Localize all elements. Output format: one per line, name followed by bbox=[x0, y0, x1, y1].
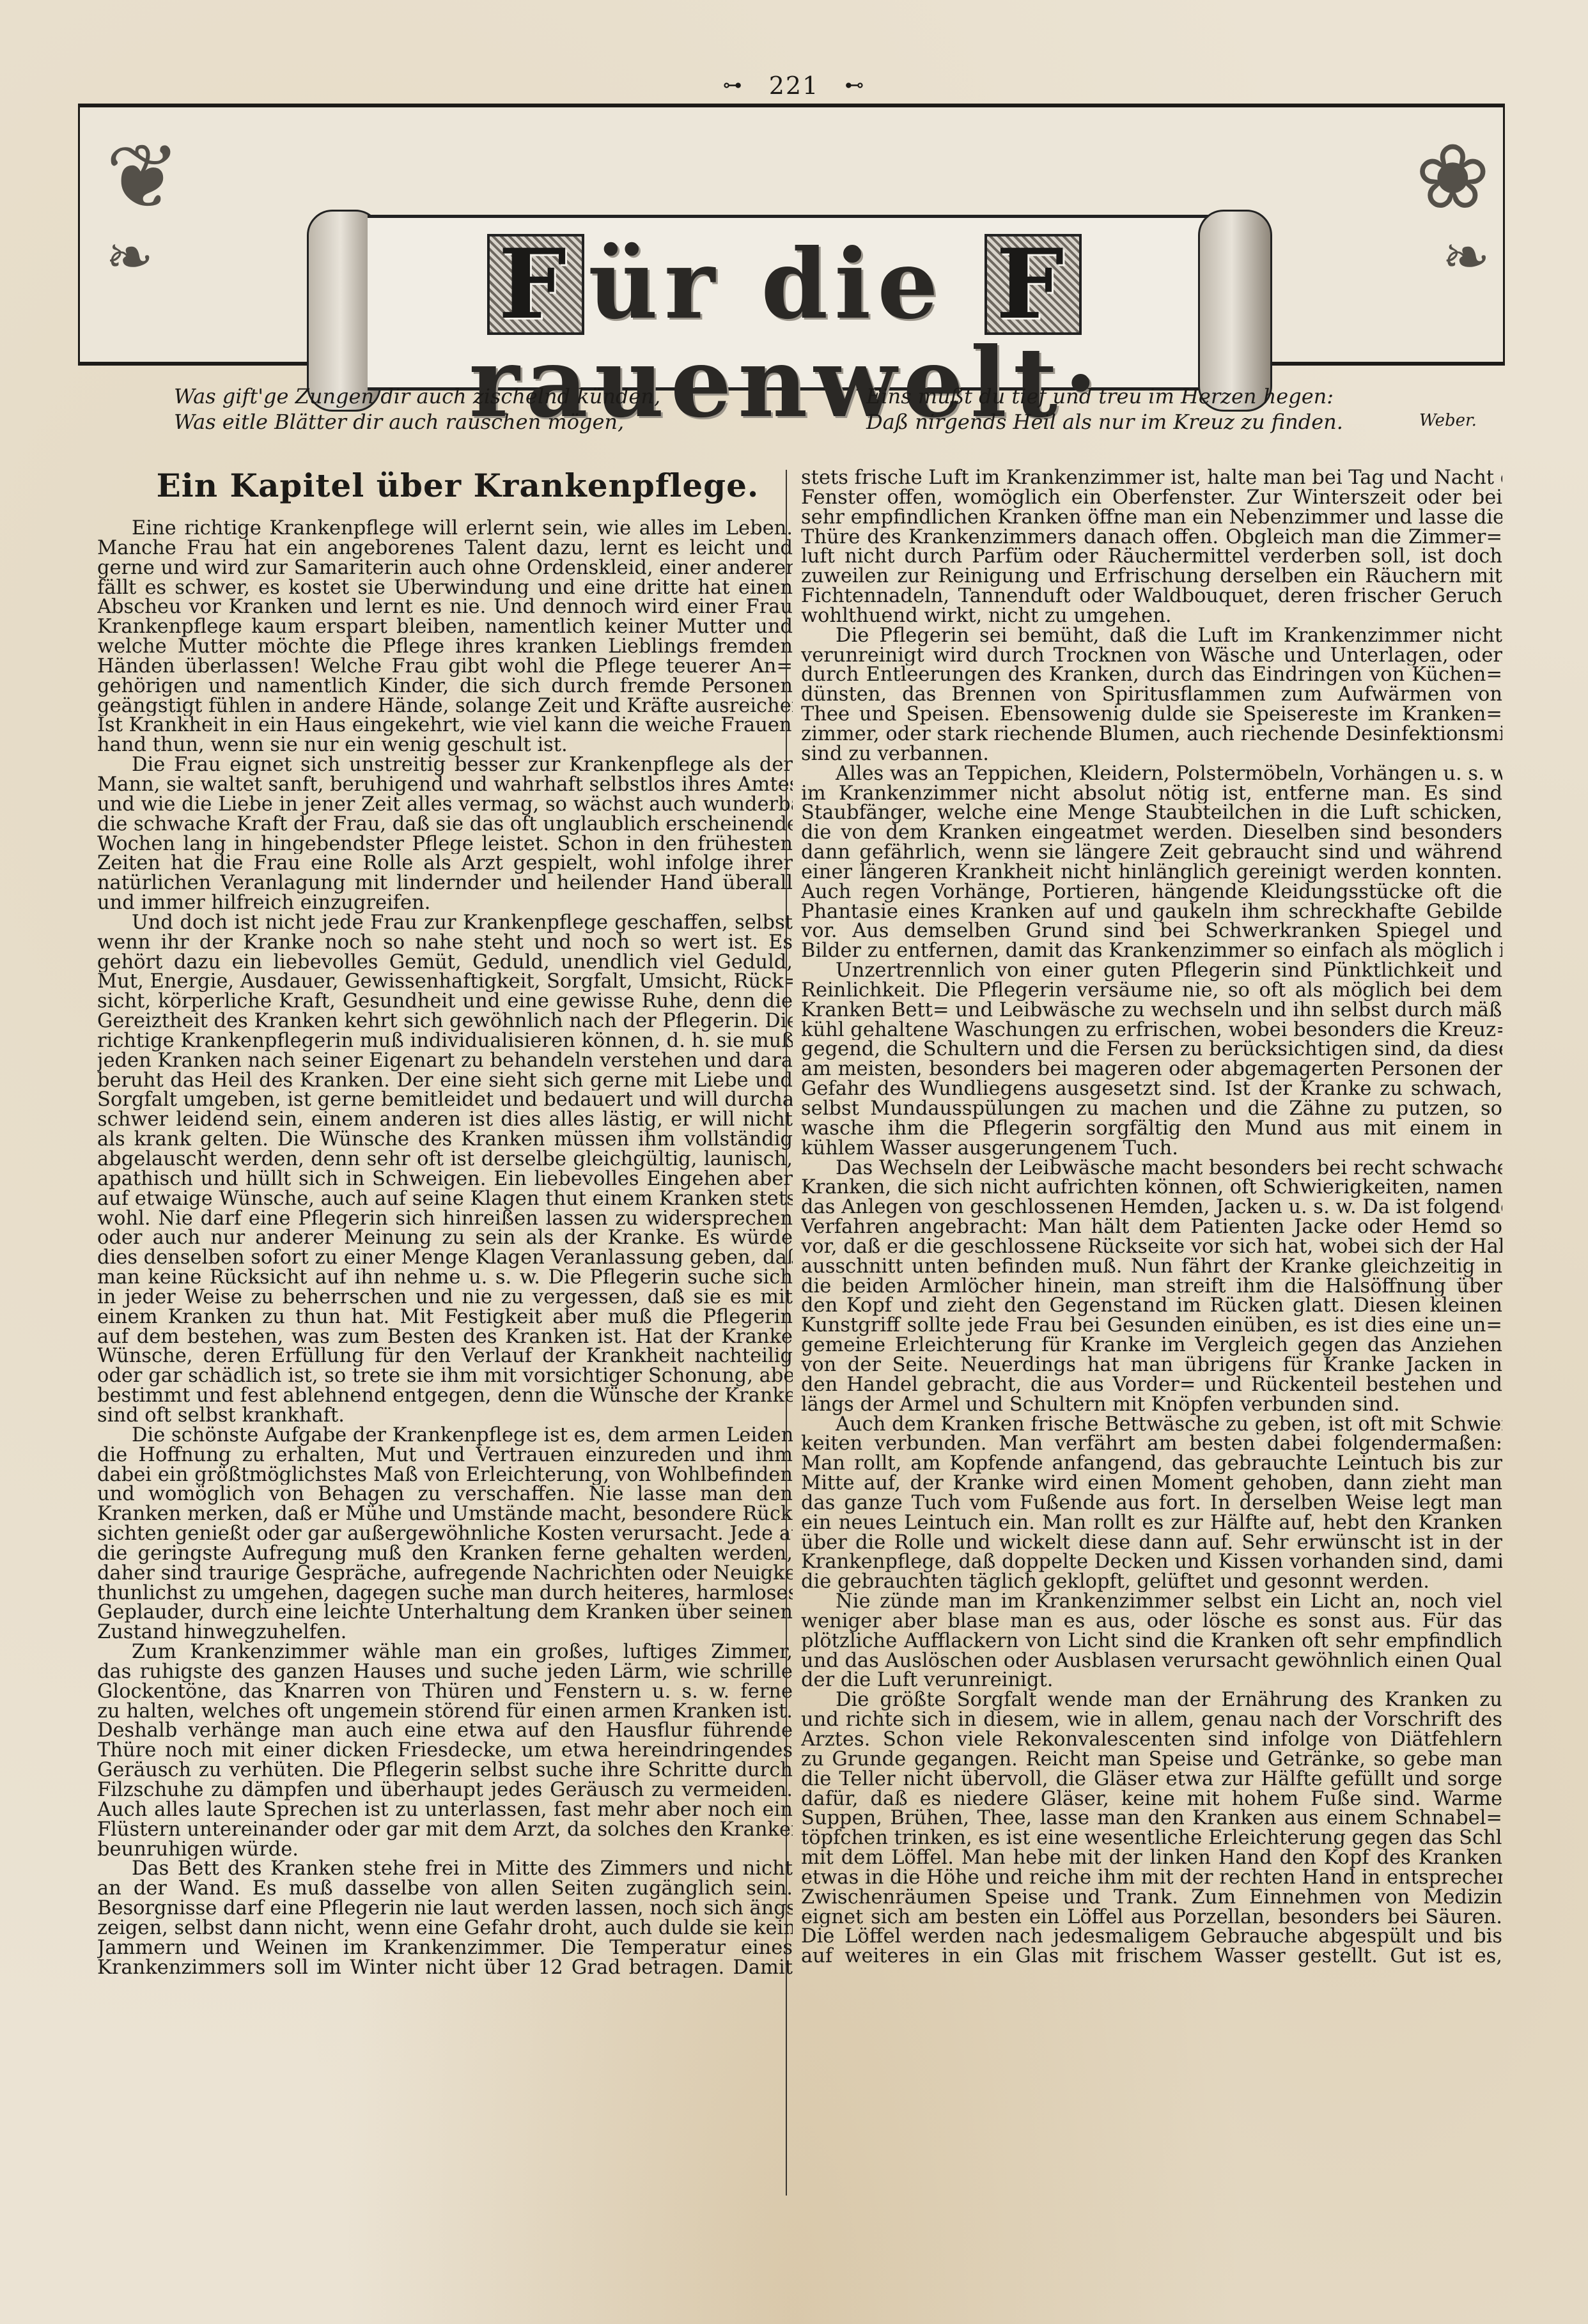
text-line: sehr empfindlichen Kranken öffne man ein… bbox=[801, 508, 1502, 528]
text-line: wenn ihr der Kranke noch so nahe steht u… bbox=[97, 933, 793, 953]
text-line: gehört dazu ein liebevolles Gemüt, Gedul… bbox=[97, 953, 793, 973]
text-line: Zwischenräumen Speise und Trank. Zum Ein… bbox=[801, 1888, 1502, 1908]
section-banner: ❦ ❧ Für die Frauenwelt· ❀ ❧ bbox=[78, 104, 1505, 366]
text-line: die gebrauchten täglich geklopft, gelüft… bbox=[801, 1572, 1502, 1592]
text-line: selbst Mundausspülungen zu machen und di… bbox=[801, 1099, 1502, 1119]
motto-right: Eins mußt du tief und treu im Herzen heg… bbox=[866, 383, 1343, 435]
title-initial: F bbox=[487, 234, 585, 335]
text-line: apathisch und hüllt sich in Schweigen. E… bbox=[97, 1170, 793, 1189]
text-line: und wie die Liebe in jener Zeit alles ve… bbox=[97, 795, 793, 815]
motto-line: Eins mußt du tief und treu im Herzen heg… bbox=[866, 383, 1343, 409]
text-line: beruht das Heil des Kranken. Der eine si… bbox=[97, 1071, 793, 1091]
ornament-right-icon: ⊷ bbox=[845, 74, 865, 97]
text-line: den Handel gebracht, die aus Vorder= und… bbox=[801, 1375, 1502, 1395]
text-line: einem Kranken zu thun hat. Mit Festigkei… bbox=[97, 1308, 793, 1328]
text-line: keiten verbunden. Man verfährt am besten… bbox=[801, 1434, 1502, 1454]
text-line: einer längeren Krankheit nicht hinlängli… bbox=[801, 863, 1502, 883]
text-line: Staubfänger, welche eine Menge Staubteil… bbox=[801, 803, 1502, 823]
text-line: bestimmt und fest ablehnend entgegen, de… bbox=[97, 1386, 793, 1406]
text-line: Zeiten hat die Frau eine Rolle als Arzt … bbox=[97, 854, 793, 874]
text-line: Kunstgriff sollte jede Frau bei Gesunden… bbox=[801, 1316, 1502, 1336]
motto-author: Weber. bbox=[1419, 411, 1477, 430]
text-line: Auch regen Vorhänge, Portieren, hängende… bbox=[801, 883, 1502, 902]
paragraph: Die Frau eignet sich unstreitig besser z… bbox=[97, 755, 793, 913]
paragraph: Die schönste Aufgabe der Krankenpflege i… bbox=[97, 1426, 793, 1643]
text-line: Die schönste Aufgabe der Krankenpflege i… bbox=[97, 1426, 793, 1446]
text-line: Deshalb verhänge man auch eine etwa auf … bbox=[97, 1721, 793, 1741]
text-line: wasche ihm die Pflegerin sorgfältig den … bbox=[801, 1119, 1502, 1139]
motto-line: Was eitle Blätter dir auch rauschen möge… bbox=[174, 409, 660, 435]
text-line: Eine richtige Krankenpflege will erlernt… bbox=[97, 519, 793, 539]
text-line: Zum Krankenzimmer wähle man ein großes, … bbox=[97, 1643, 793, 1662]
text-line: natürlichen Veranlagung mit lindernder u… bbox=[97, 874, 793, 894]
paragraph: Das Bett des Kranken stehe frei in Mitte… bbox=[97, 1859, 793, 1978]
text-line: Thüre des Krankenzimmers danach offen. O… bbox=[801, 528, 1502, 548]
text-line: an der Wand. Es muß dasselbe von allen S… bbox=[97, 1879, 793, 1899]
text-line: gehörigen und namentlich Kinder, die sic… bbox=[97, 677, 793, 697]
text-line: Das Wechseln der Leibwäsche macht besond… bbox=[801, 1159, 1502, 1179]
text-line: schwer leidend sein, einem anderen ist d… bbox=[97, 1110, 793, 1130]
text-line: die Teller nicht übervoll, die Gläser et… bbox=[801, 1770, 1502, 1790]
text-line: Thüre noch mit einer dicken Friesdecke, … bbox=[97, 1741, 793, 1761]
text-line: sichten genießt oder gar außergewöhnlich… bbox=[97, 1524, 793, 1544]
text-line: Gereiztheit des Kranken kehrt sich gewöh… bbox=[97, 1012, 793, 1032]
title-initial: F bbox=[985, 234, 1082, 335]
text-line: Man rollt, am Kopfende anfangend, das ge… bbox=[801, 1454, 1502, 1474]
text-line: zu halten, welches oft ungemein störend … bbox=[97, 1702, 793, 1722]
text-line: auf weiteres in ein Glas mit frischem Wa… bbox=[801, 1947, 1502, 1967]
text-line: Flüstern untereinander oder gar mit dem … bbox=[97, 1820, 793, 1840]
text-line: durch Entleerungen des Kranken, durch da… bbox=[801, 665, 1502, 685]
text-line: Die Frau eignet sich unstreitig besser z… bbox=[97, 755, 793, 775]
text-line: geängstigt fühlen in andere Hände, solan… bbox=[97, 697, 793, 717]
text-line: thunlichst zu umgehen, dagegen suche man… bbox=[97, 1584, 793, 1604]
leaf-icon: ❧ bbox=[105, 229, 297, 286]
paragraph: Die Pflegerin sei bemüht, daß die Luft i… bbox=[801, 626, 1502, 764]
text-line: Auch dem Kranken frische Bettwäsche zu g… bbox=[801, 1415, 1502, 1435]
text-line: Händen überlassen! Welche Frau gibt wohl… bbox=[97, 657, 793, 677]
text-line: sind zu verbannen. bbox=[801, 745, 1502, 764]
text-line: verunreinigt wird durch Trocknen von Wäs… bbox=[801, 646, 1502, 666]
text-line: ausschnitt unten befinden muß. Nun fährt… bbox=[801, 1257, 1502, 1277]
text-line: Jammern und Weinen im Krankenzimmer. Die… bbox=[97, 1939, 793, 1958]
rose-flourish-left-icon: ❦ ❧ bbox=[105, 133, 297, 344]
text-line: wohl. Nie darf eine Pflegerin sich hinre… bbox=[97, 1209, 793, 1229]
text-line: Geplauder, durch eine leichte Unterhaltu… bbox=[97, 1603, 793, 1623]
scroll-ribbon: Für die Frauenwelt· bbox=[294, 203, 1279, 414]
motto-line: Was gift'ge Zungen dir auch zischelnd kü… bbox=[174, 383, 660, 409]
text-line: stets frische Luft im Krankenzimmer ist,… bbox=[801, 469, 1502, 488]
text-line: zu Grunde gegangen. Reicht man Speise un… bbox=[801, 1750, 1502, 1770]
article-body-left: Eine richtige Krankenpflege will erlernt… bbox=[97, 519, 793, 1978]
text-line: Krankenpflege, daß doppelte Decken und K… bbox=[801, 1553, 1502, 1572]
text-line: richtige Krankenpflegerin muß individual… bbox=[97, 1032, 793, 1051]
text-line: von der Seite. Neuerdings hat man übrige… bbox=[801, 1356, 1502, 1375]
text-line: und das Auslöschen oder Ausblasen verurs… bbox=[801, 1652, 1502, 1671]
text-line: etwas in die Höhe und reiche ihm mit der… bbox=[801, 1868, 1502, 1888]
text-line: Mann, sie waltet sanft, beruhigend und w… bbox=[97, 775, 793, 795]
text-line: Die größte Sorgfalt wende man der Ernähr… bbox=[801, 1691, 1502, 1710]
ornament-left-icon: ⊶ bbox=[723, 74, 743, 97]
text-line: mit dem Löffel. Man hebe mit der linken … bbox=[801, 1848, 1502, 1868]
text-line: Krankenpflege kaum erspart bleiben, name… bbox=[97, 617, 793, 637]
text-line: kühl gehaltene Waschungen zu erfrischen,… bbox=[801, 1021, 1502, 1041]
text-line: das ruhigste des ganzen Hauses und suche… bbox=[97, 1662, 793, 1682]
text-line: gegend, die Schultern und die Fersen zu … bbox=[801, 1040, 1502, 1060]
text-line: und womöglich von Behagen zu verschaffen… bbox=[97, 1485, 793, 1505]
text-line: zimmer, oder stark riechende Blumen, auc… bbox=[801, 725, 1502, 745]
text-line: Unzertrennlich von einer guten Pflegerin… bbox=[801, 961, 1502, 981]
text-line: beunruhigen würde. bbox=[97, 1840, 793, 1860]
article-column-right: stets frische Luft im Krankenzimmer ist,… bbox=[801, 469, 1502, 1967]
page-number-value: 221 bbox=[769, 72, 820, 100]
article-body-right: stets frische Luft im Krankenzimmer ist,… bbox=[801, 469, 1502, 1967]
text-line: daher sind traurige Gespräche, aufregend… bbox=[97, 1564, 793, 1584]
text-line: hand thun, wenn sie nur ein wenig geschu… bbox=[97, 736, 793, 755]
text-line: Auch alles laute Sprechen ist zu unterla… bbox=[97, 1801, 793, 1820]
text-line: Verfahren angebracht: Man hält dem Patie… bbox=[801, 1218, 1502, 1237]
paragraph: Unzertrennlich von einer guten Pflegerin… bbox=[801, 961, 1502, 1158]
text-line: wohlthuend wirkt, nicht zu umgehen. bbox=[801, 607, 1502, 626]
text-line: Reinlichkeit. Die Pflegerin versäume nie… bbox=[801, 981, 1502, 1001]
text-line: abgelauscht werden, denn sehr oft ist de… bbox=[97, 1150, 793, 1170]
text-line: Und doch ist nicht jede Frau zur Kranken… bbox=[97, 913, 793, 933]
paragraph: Auch dem Kranken frische Bettwäsche zu g… bbox=[801, 1415, 1502, 1593]
text-line: weniger aber blase man es aus, oder lösc… bbox=[801, 1612, 1502, 1632]
text-line: Zustand hinwegzuhelfen. bbox=[97, 1623, 793, 1643]
paragraph: stets frische Luft im Krankenzimmer ist,… bbox=[801, 469, 1502, 626]
text-line: ein neues Leintuch ein. Man rollt es zur… bbox=[801, 1514, 1502, 1533]
text-line: dann gefährlich, wenn sie längere Zeit g… bbox=[801, 843, 1502, 863]
text-line: Kranken merken, daß er Mühe und Umstände… bbox=[97, 1505, 793, 1524]
paragraph: Zum Krankenzimmer wähle man ein großes, … bbox=[97, 1643, 793, 1859]
text-line: Suppen, Brühen, Thee, lasse man den Kran… bbox=[801, 1809, 1502, 1829]
text-line: Filzschuhe zu dämpfen und überhaupt jede… bbox=[97, 1781, 793, 1801]
text-line: welche Mutter möchte die Pflege ihres kr… bbox=[97, 637, 793, 657]
text-line: Nie zünde man im Krankenzimmer selbst ei… bbox=[801, 1592, 1502, 1612]
text-line: Die Pflegerin sei bemüht, daß die Luft i… bbox=[801, 626, 1502, 646]
text-line: das ganze Tuch vom Fußende aus fort. In … bbox=[801, 1494, 1502, 1514]
text-line: längs der Ärmel und Schultern mit Knöpfe… bbox=[801, 1395, 1502, 1415]
text-line: Die Löffel werden nach jedesmaligem Gebr… bbox=[801, 1927, 1502, 1947]
text-line: Sorgfalt umgeben, ist gerne bemitleidet … bbox=[97, 1090, 793, 1110]
text-line: den Kopf und zieht den Gegenstand im Rüc… bbox=[801, 1296, 1502, 1316]
paragraph: Das Wechseln der Leibwäsche macht besond… bbox=[801, 1159, 1502, 1415]
text-line: dafür, daß es niedere Gläser, keine mit … bbox=[801, 1790, 1502, 1809]
text-line: die von dem Kranken eingeatmet werden. D… bbox=[801, 823, 1502, 843]
text-line: Alles was an Teppichen, Kleidern, Polste… bbox=[801, 764, 1502, 784]
text-line: und immer hilfreich einzugreifen. bbox=[97, 894, 793, 913]
text-line: auf dem bestehen, was zum Besten des Kra… bbox=[97, 1328, 793, 1347]
text-line: zuweilen zur Reinigung und Erfrischung d… bbox=[801, 567, 1502, 587]
text-line: töpfchen trinken, es ist eine wesentlich… bbox=[801, 1829, 1502, 1848]
text-line: Phantasie eines Kranken auf und gaukeln … bbox=[801, 902, 1502, 922]
text-line: am meisten, besonders bei mageren oder a… bbox=[801, 1060, 1502, 1080]
text-line: eignet sich am besten ein Löffel aus Por… bbox=[801, 1908, 1502, 1928]
text-line: gerne und wird zur Samariterin auch ohne… bbox=[97, 559, 793, 578]
text-line: Arztes. Schon viele Rekonvalescenten sin… bbox=[801, 1730, 1502, 1750]
text-line: Gefahr des Wundliegens ausgesetzt sind. … bbox=[801, 1080, 1502, 1099]
text-line: die Hoffnung zu erhalten, Mut und Vertra… bbox=[97, 1446, 793, 1466]
text-line: der die Luft verunreinigt. bbox=[801, 1671, 1502, 1691]
text-line: im Krankenzimmer nicht absolut nötig ist… bbox=[801, 784, 1502, 804]
text-line: dies denselben sofort zu einer Menge Kla… bbox=[97, 1248, 793, 1268]
text-line: Wochen lang in hingebendster Pflege leis… bbox=[97, 835, 793, 855]
paragraph: Eine richtige Krankenpflege will erlernt… bbox=[97, 519, 793, 755]
text-line: Ist Krankheit in ein Haus eingekehrt, wi… bbox=[97, 716, 793, 736]
motto-left: Was gift'ge Zungen dir auch zischelnd kü… bbox=[174, 383, 660, 435]
text-line: als krank gelten. Die Wünsche des Kranke… bbox=[97, 1130, 793, 1150]
rose-flourish-right-icon: ❀ ❧ bbox=[1298, 133, 1490, 344]
paragraph: Die größte Sorgfalt wende man der Ernähr… bbox=[801, 1691, 1502, 1967]
text-line: Kranken Bett= und Leibwäsche zu wechseln… bbox=[801, 1001, 1502, 1021]
text-line: kühlem Wasser ausgerungenem Tuch. bbox=[801, 1139, 1502, 1159]
text-line: vor. Aus demselben Grund sind bei Schwer… bbox=[801, 922, 1502, 941]
text-line: dabei ein größtmöglichstes Maß von Erlei… bbox=[97, 1466, 793, 1485]
text-line: Geräusch zu verhüten. Die Pflegerin selb… bbox=[97, 1761, 793, 1781]
text-line: Abscheu vor Kranken und lernt es nie. Un… bbox=[97, 598, 793, 617]
text-line: fällt es schwer, es kostet sie Überwindu… bbox=[97, 578, 793, 598]
text-line: das Anlegen von geschlossenen Hemden, Ja… bbox=[801, 1198, 1502, 1218]
article-title: Ein Kapitel über Krankenpflege. bbox=[123, 467, 793, 505]
text-line: Wünsche, deren Erfüllung für den Verlauf… bbox=[97, 1347, 793, 1367]
text-line: Fenster offen, womöglich ein Oberfenster… bbox=[801, 488, 1502, 508]
text-line: gemeine Erleichterung für Kranke im Verg… bbox=[801, 1336, 1502, 1356]
text-line: Thee und Speisen. Ebensowenig dulde sie … bbox=[801, 705, 1502, 725]
text-line: sicht, körperliche Kraft, Gesundheit und… bbox=[97, 992, 793, 1012]
paragraph: Und doch ist nicht jede Frau zur Kranken… bbox=[97, 913, 793, 1426]
text-line: Kranken, die sich nicht aufrichten könne… bbox=[801, 1178, 1502, 1198]
text-line: die geringste Aufregung muß den Kranken … bbox=[97, 1544, 793, 1564]
text-line: oder gar schädlich ist, so trete sie ihm… bbox=[97, 1367, 793, 1386]
paragraph: Alles was an Teppichen, Kleidern, Polste… bbox=[801, 764, 1502, 961]
text-line: Manche Frau hat ein angeborenes Talent d… bbox=[97, 539, 793, 559]
text-line: jeden Kranken nach seiner Eigenart zu be… bbox=[97, 1051, 793, 1071]
text-line: auf etwaige Wünsche, auch auf seine Klag… bbox=[97, 1189, 793, 1209]
text-line: sind oft selbst krankhaft. bbox=[97, 1406, 793, 1426]
text-line: Fichtennadeln, Tannenduft oder Waldbouqu… bbox=[801, 587, 1502, 607]
title-word: ür die bbox=[588, 228, 945, 341]
text-line: Mitte auf, der Kranke wird einen Moment … bbox=[801, 1474, 1502, 1494]
text-line: luft nicht durch Parfüm oder Räuchermitt… bbox=[801, 547, 1502, 567]
article-column-left: Ein Kapitel über Krankenpflege. Eine ric… bbox=[97, 467, 793, 1978]
text-line: plötzliche Aufflackern von Licht sind di… bbox=[801, 1632, 1502, 1652]
paragraph: Nie zünde man im Krankenzimmer selbst ei… bbox=[801, 1592, 1502, 1691]
text-line: dünsten, das Brennen von Spiritusflammen… bbox=[801, 685, 1502, 705]
text-line: über die Rolle und wickelt diese dann au… bbox=[801, 1533, 1502, 1553]
text-line: Besorgnisse darf eine Pflegerin nie laut… bbox=[97, 1899, 793, 1919]
page-number: ⊶ 221 ⊷ bbox=[0, 72, 1588, 100]
text-line: in jeder Weise zu beherrschen und nie zu… bbox=[97, 1288, 793, 1308]
text-line: vor, daß er die geschlossene Rückseite v… bbox=[801, 1237, 1502, 1257]
text-line: die schwache Kraft der Frau, daß sie das… bbox=[97, 815, 793, 835]
text-line: man keine Rücksicht auf ihn nehme u. s. … bbox=[97, 1268, 793, 1288]
text-line: Krankenzimmers soll im Winter nicht über… bbox=[97, 1958, 793, 1978]
text-line: Das Bett des Kranken stehe frei in Mitte… bbox=[97, 1859, 793, 1879]
leaf-icon: ❧ bbox=[1298, 229, 1490, 286]
motto-line: Daß nirgends Heil als nur im Kreuz zu fi… bbox=[866, 409, 1343, 435]
text-line: Bilder zu entfernen, damit das Krankenzi… bbox=[801, 941, 1502, 961]
text-line: zeigen, selbst dann nicht, wenn eine Gef… bbox=[97, 1919, 793, 1939]
text-line: und richte sich in diesem, wie in allem,… bbox=[801, 1710, 1502, 1730]
text-line: Glockentöne, das Knarren von Thüren und … bbox=[97, 1682, 793, 1702]
text-line: oder auch nur anderer Meinung zu sein al… bbox=[97, 1228, 793, 1248]
text-line: die beiden Armlöcher hinein, man streift… bbox=[801, 1277, 1502, 1297]
text-line: Mut, Energie, Ausdauer, Gewissenhaftigke… bbox=[97, 972, 793, 992]
